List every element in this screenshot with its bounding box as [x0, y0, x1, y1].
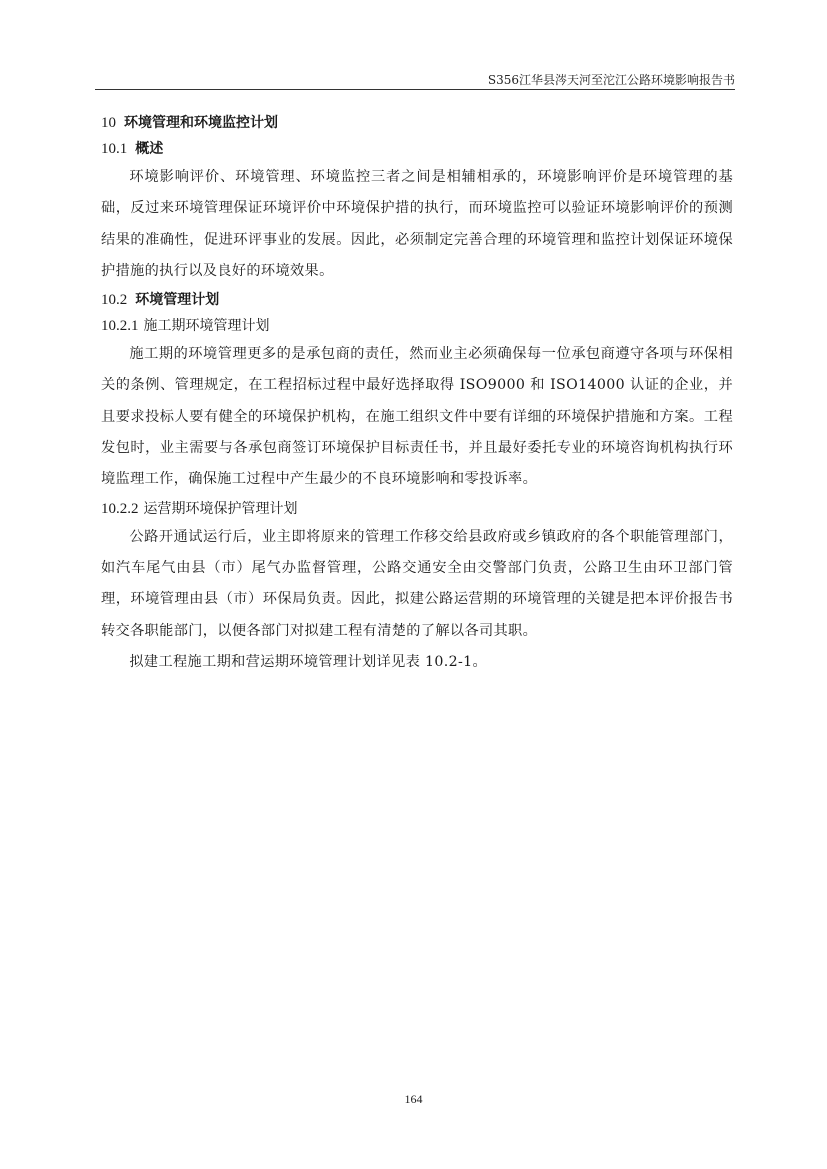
paragraph-construction-plan: 施工期的环境管理更多的是承包商的责任，然而业主必须确保每一位承包商遵守各项与环保…: [101, 339, 733, 495]
section-number: 10.2: [101, 292, 127, 308]
paragraph-operation-plan: 公路开通试运行后，业主即将原来的管理工作移交给县政府或乡镇政府的各个职能管理部门…: [101, 522, 733, 647]
section-heading-10-1: 10.1概述: [101, 136, 733, 162]
chapter-heading: 10环境管理和环境监控计划: [101, 110, 733, 136]
subsection-heading-10-2-1: 10.2.1施工期环境管理计划: [101, 313, 733, 339]
running-header: S356江华县涔天河至沱江公路环境影响报告书: [95, 72, 735, 88]
section-heading-10-2: 10.2环境管理计划: [101, 287, 733, 313]
subsection-number: 10.2.1: [101, 318, 139, 334]
paragraph-overview: 环境影响评价、环境管理、环境监控三者之间是相辅相承的，环境影响评价是环境管理的基…: [101, 162, 733, 287]
chapter-number: 10: [101, 115, 116, 131]
subsection-number: 10.2.2: [101, 501, 139, 517]
header-divider: [95, 89, 735, 90]
chapter-title: 环境管理和环境监控计划: [124, 115, 278, 131]
section-title: 概述: [135, 141, 163, 157]
paragraph-table-reference: 拟建工程施工期和营运期环境管理计划详见表 10.2-1。: [101, 647, 733, 678]
subsection-heading-10-2-2: 10.2.2运营期环境保护管理计划: [101, 496, 733, 522]
page-content: 10环境管理和环境监控计划 10.1概述 环境影响评价、环境管理、环境监控三者之…: [101, 110, 733, 678]
subsection-title: 运营期环境保护管理计划: [144, 501, 298, 517]
section-number: 10.1: [101, 141, 127, 157]
subsection-title: 施工期环境管理计划: [144, 318, 270, 334]
section-title: 环境管理计划: [135, 292, 219, 308]
page-number: 164: [0, 1092, 827, 1107]
